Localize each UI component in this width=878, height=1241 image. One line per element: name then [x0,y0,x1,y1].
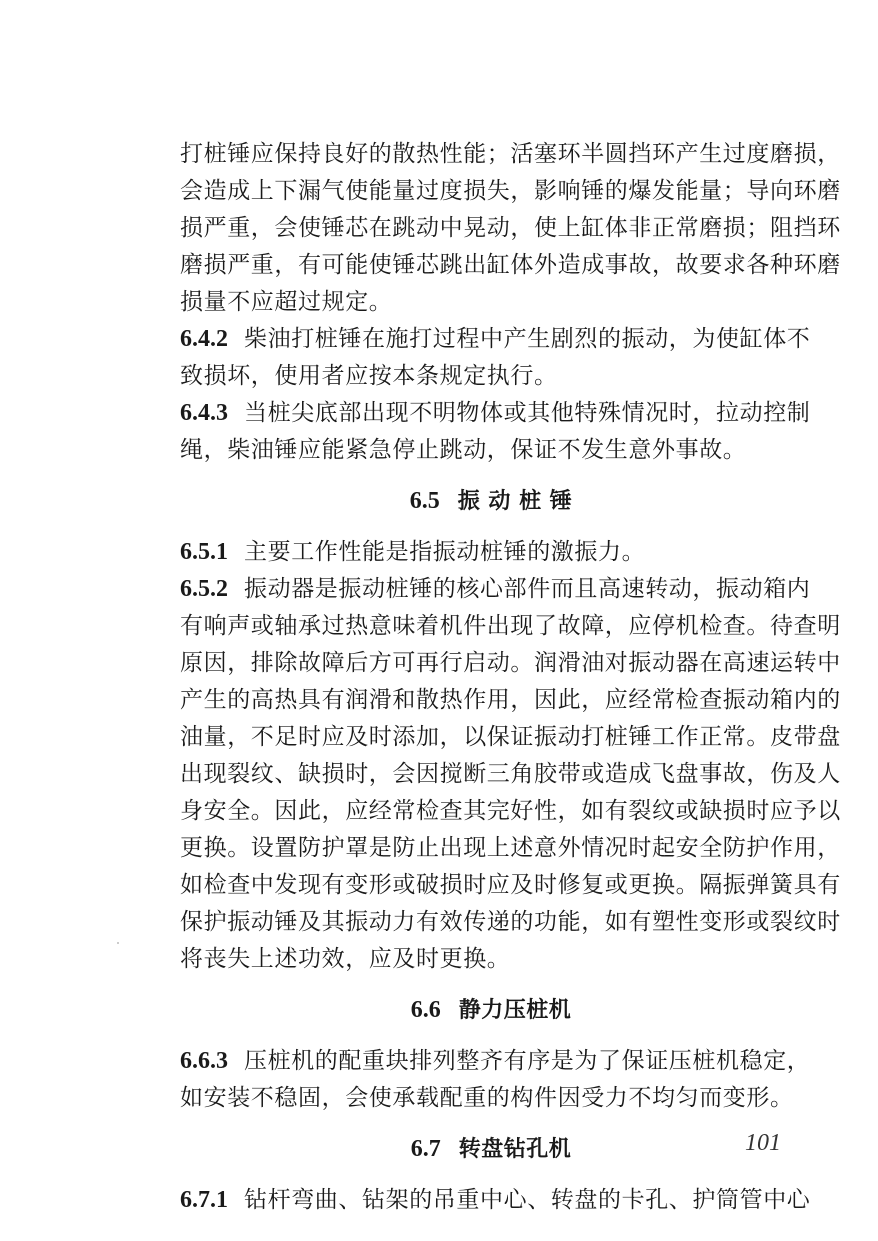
section-title: 转盘钻孔机 [459,1136,572,1162]
text-line: 更换。设置防护罩是防止出现上述意外情况时起安全防护作用， [180,830,802,867]
text-line: 损量不应超过规定。 [180,284,802,321]
text-line: 出现裂纹、缺损时，会因搅断三角胶带或造成飞盘事故，伤及人 [180,756,802,793]
clause-number: 6.7.1 [180,1187,228,1213]
text-line: 柴油打桩锤在施打过程中产生剧烈的振动，为使缸体不 [244,326,810,352]
section-title: 振 动 桩 锤 [458,488,572,514]
text-line: 振动器是振动桩锤的核心部件而且高速转动，振动箱内 [244,576,810,602]
text-line: 损严重，会使锤芯在跳动中晃动，使上缸体非正常磨损；阻挡环 [180,210,802,247]
text-line: 如检查中发现有变形或破损时应及时修复或更换。隔振弹簧具有 [180,867,802,904]
section-title: 静力压桩机 [459,997,572,1023]
clause-6-5-2: 6.5.2振动器是振动桩锤的核心部件而且高速转动，振动箱内 有响声或轴承过热意味… [180,571,802,978]
text-line: 保护振动锤及其振动力有效传递的功能，如有塑性变形或裂纹时 [180,904,802,941]
text-line: 如安装不稳固，会使承载配重的构件因受力不均匀而变形。 [180,1080,802,1117]
clause-number: 6.6.3 [180,1048,228,1074]
paragraph-continuation: 打桩锤应保持良好的散热性能；活塞环半圆挡环产生过度磨损， 会造成上下漏气使能量过… [180,136,802,321]
clause-6-4-2: 6.4.2柴油打桩锤在施打过程中产生剧烈的振动，为使缸体不 致损坏，使用者应按本… [180,321,802,395]
scan-speck [117,942,119,944]
text-line: 油量，不足时应及时添加，以保证振动打桩锤工作正常。皮带盘 [180,719,802,756]
text-line: 压桩机的配重块排列整齐有序是为了保证压桩机稳定， [244,1048,810,1074]
text-line: 钻杆弯曲、钻架的吊重中心、转盘的卡孔、护筒管中心 [244,1187,810,1213]
text-line: 会造成上下漏气使能量过度损失，影响锤的爆发能量；导向环磨 [180,173,802,210]
section-heading-6-5: 6.5振 动 桩 锤 [180,483,802,520]
page-number: 101 [745,1130,781,1157]
text-line: 有响声或轴承过热意味着机件出现了故障，应停机检查。待查明 [180,608,802,645]
text-line: 绳，柴油锤应能紧急停止跳动，保证不发生意外事故。 [180,432,802,469]
text-line: 主要工作性能是指振动桩锤的激振力。 [244,539,645,565]
text-line: 身安全。因此，应经常检查其完好性，如有裂纹或缺损时应予以 [180,793,802,830]
text-line: 原因，排除故障后方可再行启动。润滑油对振动器在高速运转中 [180,645,802,682]
clause-6-6-3: 6.6.3压桩机的配重块排列整齐有序是为了保证压桩机稳定， 如安装不稳固，会使承… [180,1043,802,1117]
clause-6-7-1: 6.7.1钻杆弯曲、钻架的吊重中心、转盘的卡孔、护筒管中心 [180,1182,802,1219]
clause-number: 6.4.3 [180,400,228,426]
text-line: 致损坏，使用者应按本条规定执行。 [180,358,802,395]
text-line: 产生的高热具有润滑和散热作用，因此，应经常检查振动箱内的 [180,682,802,719]
text-line: 磨损严重，有可能使锤芯跳出缸体外造成事故，故要求各种环磨 [180,247,802,284]
text-line: 打桩锤应保持良好的散热性能；活塞环半圆挡环产生过度磨损， [180,136,802,173]
clause-number: 6.5.2 [180,576,228,602]
text-line: 当桩尖底部出现不明物体或其他特殊情况时，拉动控制 [244,400,810,426]
clause-6-4-3: 6.4.3当桩尖底部出现不明物体或其他特殊情况时，拉动控制 绳，柴油锤应能紧急停… [180,395,802,469]
section-number: 6.7 [411,1136,441,1162]
section-number: 6.6 [411,997,441,1023]
document-page: 打桩锤应保持良好的散热性能；活塞环半圆挡环产生过度磨损， 会造成上下漏气使能量过… [180,136,802,1219]
section-heading-6-7: 6.7转盘钻孔机 [180,1131,802,1168]
clause-number: 6.4.2 [180,326,228,352]
text-line: 将丧失上述功效，应及时更换。 [180,941,802,978]
section-heading-6-6: 6.6静力压桩机 [180,992,802,1029]
section-number: 6.5 [410,488,440,514]
clause-6-5-1: 6.5.1主要工作性能是指振动桩锤的激振力。 [180,534,802,571]
clause-number: 6.5.1 [180,539,228,565]
